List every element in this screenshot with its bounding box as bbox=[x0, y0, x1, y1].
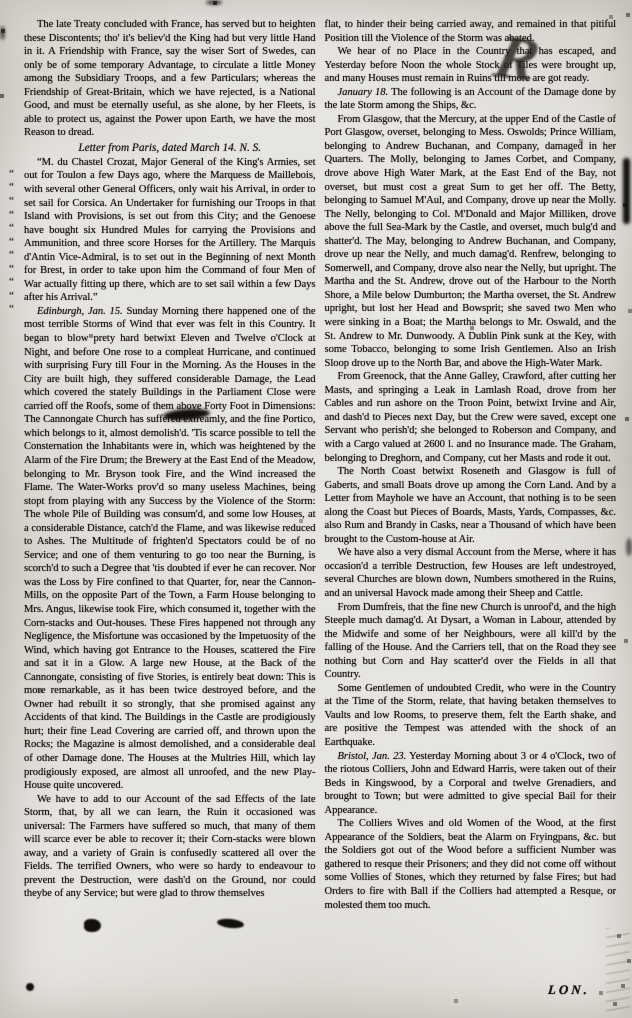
paragraph-storm-addendum: We have to add to our Account of the sad… bbox=[24, 793, 316, 901]
paragraph-merse-account: We have also a very dismal Account from … bbox=[325, 546, 617, 600]
dateline-jan18: January 18. bbox=[338, 87, 389, 98]
right-column: flat, to hinder their being carried away… bbox=[325, 18, 617, 912]
paragraph-dumfreis: From Dumfreis, that the fine new Church … bbox=[325, 601, 617, 682]
paragraph-edinburgh-storm: Edinburgh, Jan. 15. Sunday Morning there… bbox=[24, 305, 316, 793]
dateline-edinburgh: Edinburgh, Jan. 15. bbox=[37, 306, 123, 317]
paragraph-france-treaty: The late Treaty concluded with France, h… bbox=[24, 18, 316, 140]
paragraph-glasgow-ships: From Glasgow, that the Mercury, at the u… bbox=[325, 113, 617, 370]
letter-body: “M. du Chastel Crozat, Major General of … bbox=[24, 156, 316, 305]
paragraph-jan18-account: January 18. The following is an Account … bbox=[325, 86, 617, 113]
letter-from-paris: “ “ “ “ “ “ “ “ “ “ “ “M. du Chastel Cro… bbox=[24, 156, 316, 305]
paragraph-greenock-ships: From Greenock, that the Anne Galley, Cra… bbox=[325, 370, 617, 465]
edinburgh-storm-text: Sunday Morning there happened one of the… bbox=[24, 306, 316, 791]
letter-from-paris-heading: Letter from Paris, dated March 14. N. S. bbox=[24, 141, 316, 155]
paragraph-bristol-colliers: Bristol, Jan. 23. Yesterday Morning abou… bbox=[325, 750, 617, 818]
newspaper-page: The late Treaty concluded with France, h… bbox=[24, 18, 616, 912]
paragraph-continuation: flat, to hinder their being carried away… bbox=[325, 18, 617, 45]
paragraph-no-place-escaped: We hear of no Place in the Country that … bbox=[325, 45, 617, 86]
dateline-bristol: Bristol, Jan. 23. bbox=[338, 751, 407, 762]
paragraph-north-coast: The North Coast betwixt Roseneth and Gla… bbox=[325, 465, 617, 546]
paragraph-earthquake: Some Gentlemen of undoubted Credit, who … bbox=[325, 682, 617, 750]
margin-quote-marks: “ “ “ “ “ “ “ “ “ “ “ bbox=[9, 168, 14, 317]
catchword-lon: LON. bbox=[547, 982, 590, 998]
left-column: The late Treaty concluded with France, h… bbox=[24, 18, 316, 912]
paragraph-colliers-wives: The Colliers Wives and old Women of the … bbox=[325, 817, 617, 912]
